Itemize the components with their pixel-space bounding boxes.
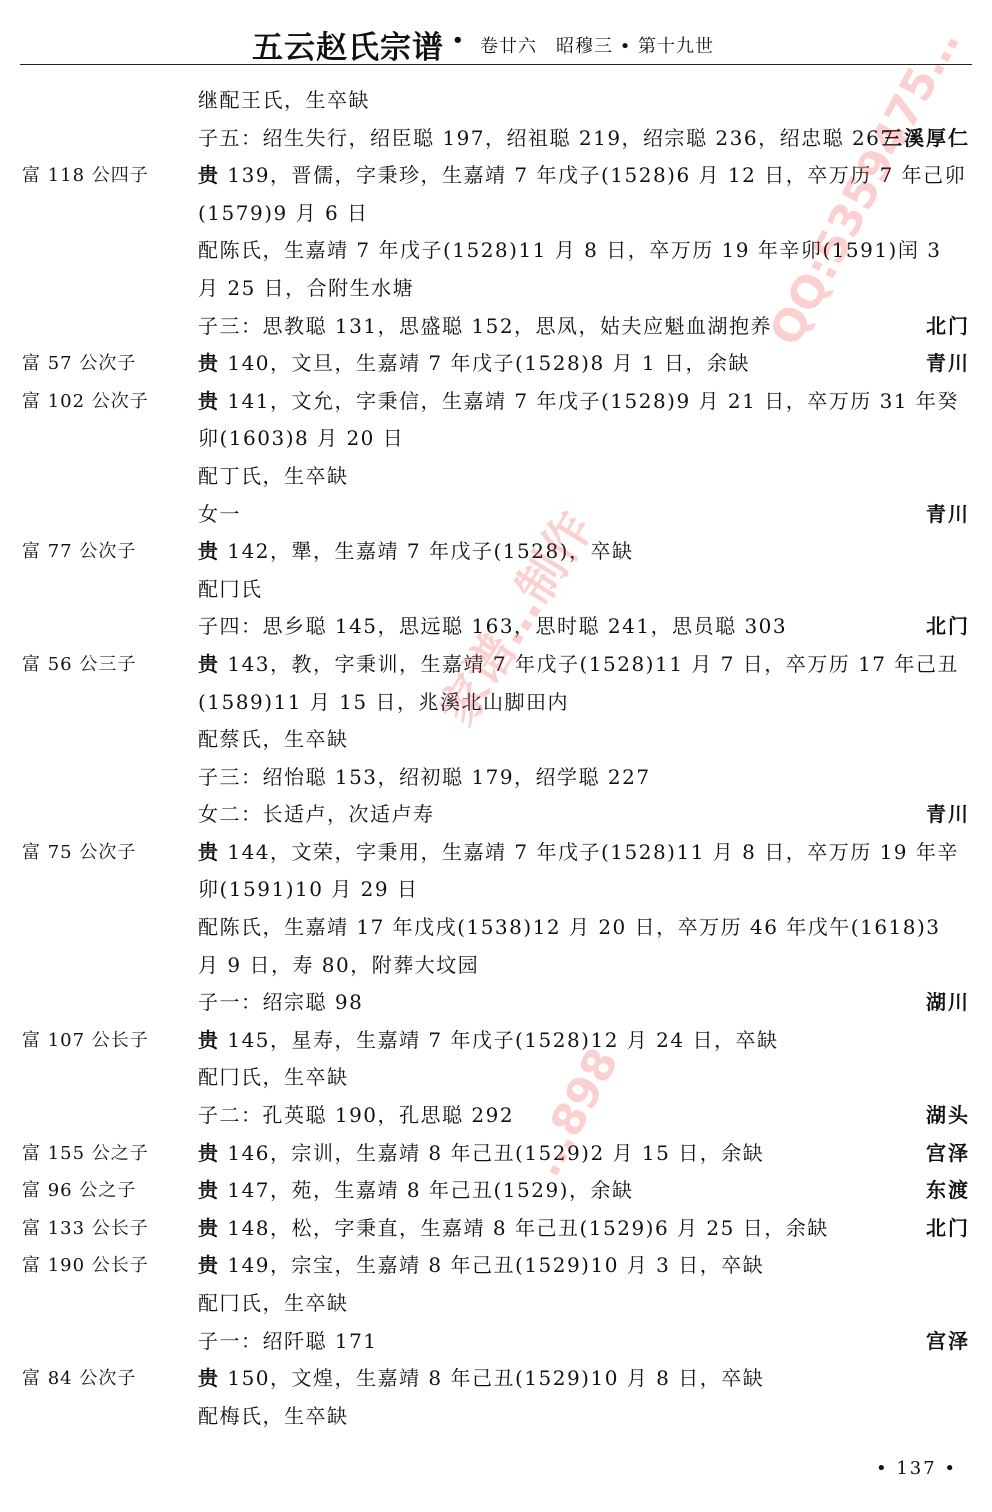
father-reference: 富 190 公长子 bbox=[22, 1247, 149, 1285]
entry-line: 富 77 公次子贵 142，犟，生嘉靖 7 年戊子(1528)，卒缺 bbox=[0, 533, 992, 571]
entry-line: 配陈氏，生嘉靖 17 年戊戌(1538)12 月 20 日，卒万历 46 年戊午… bbox=[0, 909, 992, 947]
location-label: 北门 bbox=[926, 1210, 970, 1248]
entry-body: 女一 bbox=[198, 502, 241, 526]
entry-line: (1579)9 月 6 日 bbox=[0, 195, 992, 233]
entry-line: 配冂氏，生卒缺 bbox=[0, 1285, 992, 1323]
father-reference: 富 133 公长子 bbox=[22, 1210, 149, 1248]
entry-text: 配梅氏，生卒缺 bbox=[198, 1398, 349, 1436]
entry-text: 贵 147，苑，生嘉靖 8 年己丑(1529)，余缺 bbox=[198, 1172, 633, 1210]
location-label: 湖头 bbox=[926, 1097, 970, 1135]
entry-text: 贵 145，星寿，生嘉靖 7 年戊子(1528)12 月 24 日，卒缺 bbox=[198, 1022, 778, 1060]
entry-text: 子一：绍宗聪 98 bbox=[198, 984, 363, 1022]
father-reference: 富 155 公之子 bbox=[22, 1135, 149, 1173]
entry-line: 继配王氏，生卒缺 bbox=[0, 82, 992, 120]
entry-body: 子三：思教聪 131，思盛聪 152，思凤，姑夫应魁血湖抱养 bbox=[198, 314, 772, 338]
entry-body: 148，松，字秉直，生嘉靖 8 年己丑(1529)6 月 25 日，余缺 bbox=[220, 1216, 829, 1240]
entry-line: 富 57 公次子贵 140，文旦，生嘉靖 7 年戊子(1528)8 月 1 日，… bbox=[0, 345, 992, 383]
entry-body: 配丁氏，生卒缺 bbox=[198, 464, 349, 488]
generation-character: 贵 bbox=[198, 1253, 220, 1277]
entry-body: 145，星寿，生嘉靖 7 年戊子(1528)12 月 24 日，卒缺 bbox=[220, 1028, 779, 1052]
entry-text: 配蔡氏，生卒缺 bbox=[198, 721, 349, 759]
book-title: 五云赵氏宗谱 bbox=[252, 22, 444, 67]
entry-text: 月 25 日，合附生水塘 bbox=[198, 270, 414, 308]
entry-line: 配冂氏，生卒缺 bbox=[0, 1059, 992, 1097]
entry-text: (1589)11 月 15 日，兆溪北山脚田内 bbox=[198, 684, 569, 722]
entry-body: 月 25 日，合附生水塘 bbox=[198, 276, 414, 300]
entry-line: 富 190 公长子贵 149，宗宝，生嘉靖 8 年己丑(1529)10 月 3 … bbox=[0, 1247, 992, 1285]
entry-line: 子三：绍怡聪 153，绍初聪 179，绍学聪 227 bbox=[0, 759, 992, 797]
entry-line: 子二：孔英聪 190，孔思聪 292湖头 bbox=[0, 1097, 992, 1135]
entry-line: 子三：思教聪 131，思盛聪 152，思凤，姑夫应魁血湖抱养北门 bbox=[0, 308, 992, 346]
entry-body: 141，文允，字秉信，生嘉靖 7 年戊子(1528)9 月 21 日，卒万历 3… bbox=[220, 389, 959, 413]
generation-character: 贵 bbox=[198, 1028, 220, 1052]
entry-line: 配冂氏 bbox=[0, 571, 992, 609]
entry-body: 配冂氏 bbox=[198, 577, 263, 601]
entry-text: 子二：孔英聪 190，孔思聪 292 bbox=[198, 1097, 514, 1135]
entry-line: 子四：思乡聪 145，思远聪 163，思时聪 241，思员聪 303北门 bbox=[0, 608, 992, 646]
header-rule bbox=[20, 64, 972, 65]
entry-body: 子三：绍怡聪 153，绍初聪 179，绍学聪 227 bbox=[198, 765, 651, 789]
entry-body: 子一：绍阡聪 171 bbox=[198, 1329, 378, 1353]
entry-text: 子四：思乡聪 145，思远聪 163，思时聪 241，思员聪 303 bbox=[198, 608, 787, 646]
entry-text: 贵 150，文煌，生嘉靖 8 年己丑(1529)10 月 8 日，卒缺 bbox=[198, 1360, 764, 1398]
entry-line: 富 118 公四子贵 139，晋儒，字秉珍，生嘉靖 7 年戊子(1528)6 月… bbox=[0, 157, 992, 195]
father-reference: 富 77 公次子 bbox=[22, 533, 136, 571]
entry-body: 配陈氏，生嘉靖 17 年戊戌(1538)12 月 20 日，卒万历 46 年戊午… bbox=[198, 915, 941, 939]
entry-line: 富 56 公三子贵 143，教，字秉训，生嘉靖 7 年戊子(1528)11 月 … bbox=[0, 646, 992, 684]
entry-line: 富 75 公次子贵 144，文荣，字秉用，生嘉靖 7 年戊子(1528)11 月… bbox=[0, 834, 992, 872]
entry-text: 贵 149，宗宝，生嘉靖 8 年己丑(1529)10 月 3 日，卒缺 bbox=[198, 1247, 764, 1285]
entry-text: 配冂氏，生卒缺 bbox=[198, 1285, 349, 1323]
entry-text: 月 9 日，寿 80，附葬大坟园 bbox=[198, 947, 479, 985]
entry-line: 卯(1591)10 月 29 日 bbox=[0, 871, 992, 909]
entry-body: 女二：长适卢，次适卢寿 bbox=[198, 802, 435, 826]
entry-line: 富 133 公长子贵 148，松，字秉直，生嘉靖 8 年己丑(1529)6 月 … bbox=[0, 1210, 992, 1248]
entry-text: (1579)9 月 6 日 bbox=[198, 195, 369, 233]
entry-body: 149，宗宝，生嘉靖 8 年己丑(1529)10 月 3 日，卒缺 bbox=[220, 1253, 765, 1277]
entry-body: 继配王氏，生卒缺 bbox=[198, 88, 370, 112]
entry-text: 贵 142，犟，生嘉靖 7 年戊子(1528)，卒缺 bbox=[198, 533, 633, 571]
entry-body: 140，文旦，生嘉靖 7 年戊子(1528)8 月 1 日，余缺 bbox=[220, 351, 751, 375]
generation-character: 贵 bbox=[198, 1366, 220, 1390]
entry-body: 146，宗训，生嘉靖 8 年己丑(1529)2 月 15 日，余缺 bbox=[220, 1141, 765, 1165]
entry-line: 月 9 日，寿 80，附葬大坟园 bbox=[0, 947, 992, 985]
entry-body: (1589)11 月 15 日，兆溪北山脚田内 bbox=[198, 690, 569, 714]
entry-text: 贵 144，文荣，字秉用，生嘉靖 7 年戊子(1528)11 月 8 日，卒万历… bbox=[198, 834, 959, 872]
entry-line: 子一：绍阡聪 171宫泽 bbox=[0, 1323, 992, 1361]
generation-character: 贵 bbox=[198, 1141, 220, 1165]
entry-body: 子一：绍宗聪 98 bbox=[198, 990, 363, 1014]
father-reference: 富 96 公之子 bbox=[22, 1172, 136, 1210]
father-reference: 富 118 公四子 bbox=[22, 157, 149, 195]
entry-line: 月 25 日，合附生水塘 bbox=[0, 270, 992, 308]
location-label: 青川 bbox=[926, 796, 970, 834]
father-reference: 富 107 公长子 bbox=[22, 1022, 149, 1060]
generation-character: 贵 bbox=[198, 1216, 220, 1240]
entry-text: 贵 140，文旦，生嘉靖 7 年戊子(1528)8 月 1 日，余缺 bbox=[198, 345, 750, 383]
entry-text: 配陈氏，生嘉靖 17 年戊戌(1538)12 月 20 日，卒万历 46 年戊午… bbox=[198, 909, 941, 947]
generation-character: 贵 bbox=[198, 652, 220, 676]
location-label: 三溪厚仁 bbox=[882, 120, 970, 158]
entry-text: 配冂氏 bbox=[198, 571, 263, 609]
entry-line: 女一青川 bbox=[0, 496, 992, 534]
generation-character: 贵 bbox=[198, 163, 220, 187]
entry-body: 月 9 日，寿 80，附葬大坟园 bbox=[198, 953, 479, 977]
generation-character: 贵 bbox=[198, 351, 220, 375]
location-label: 北门 bbox=[926, 308, 970, 346]
entry-text: 子三：思教聪 131，思盛聪 152，思凤，姑夫应魁血湖抱养 bbox=[198, 308, 772, 346]
entry-text: 卯(1591)10 月 29 日 bbox=[198, 871, 418, 909]
entry-text: 贵 148，松，字秉直，生嘉靖 8 年己丑(1529)6 月 25 日，余缺 bbox=[198, 1210, 829, 1248]
entry-body: 子五：绍生失行，绍臣聪 197，绍祖聪 219，绍宗聪 236，绍忠聪 267 bbox=[198, 126, 895, 150]
generation-character: 贵 bbox=[198, 840, 220, 864]
father-reference: 富 75 公次子 bbox=[22, 834, 136, 872]
entry-line: (1589)11 月 15 日，兆溪北山脚田内 bbox=[0, 684, 992, 722]
entry-text: 女一 bbox=[198, 496, 241, 534]
entry-line: 富 107 公长子贵 145，星寿，生嘉靖 7 年戊子(1528)12 月 24… bbox=[0, 1022, 992, 1060]
entry-text: 配丁氏，生卒缺 bbox=[198, 458, 349, 496]
father-reference: 富 57 公次子 bbox=[22, 345, 136, 383]
entry-text: 继配王氏，生卒缺 bbox=[198, 82, 370, 120]
location-label: 北门 bbox=[926, 608, 970, 646]
page-number: • 137 • bbox=[876, 1458, 957, 1479]
genealogy-entries: 继配王氏，生卒缺子五：绍生失行，绍臣聪 197，绍祖聪 219，绍宗聪 236，… bbox=[0, 82, 992, 1435]
location-label: 青川 bbox=[926, 345, 970, 383]
entry-body: 卯(1603)8 月 20 日 bbox=[198, 426, 404, 450]
entry-text: 配陈氏，生嘉靖 7 年戊子(1528)11 月 8 日，卒万历 19 年辛卯(1… bbox=[198, 232, 941, 270]
entry-body: 卯(1591)10 月 29 日 bbox=[198, 877, 418, 901]
location-label: 湖川 bbox=[926, 984, 970, 1022]
entry-line: 富 102 公次子贵 141，文允，字秉信，生嘉靖 7 年戊子(1528)9 月… bbox=[0, 383, 992, 421]
generation-character: 贵 bbox=[198, 389, 220, 413]
location-label: 青川 bbox=[926, 496, 970, 534]
entry-text: 贵 141，文允，字秉信，生嘉靖 7 年戊子(1528)9 月 21 日，卒万历… bbox=[198, 383, 959, 421]
father-reference: 富 102 公次子 bbox=[22, 383, 149, 421]
entry-line: 富 96 公之子贵 147，苑，生嘉靖 8 年己丑(1529)，余缺东渡 bbox=[0, 1172, 992, 1210]
entry-body: 配梅氏，生卒缺 bbox=[198, 1404, 349, 1428]
entry-text: 贵 146，宗训，生嘉靖 8 年己丑(1529)2 月 15 日，余缺 bbox=[198, 1135, 764, 1173]
entry-body: 142，犟，生嘉靖 7 年戊子(1528)，卒缺 bbox=[220, 539, 634, 563]
entry-line: 配蔡氏，生卒缺 bbox=[0, 721, 992, 759]
location-label: 东渡 bbox=[926, 1172, 970, 1210]
entry-body: 143，教，字秉训，生嘉靖 7 年戊子(1528)11 月 7 日，卒万历 17… bbox=[220, 652, 959, 676]
entry-body: 子四：思乡聪 145，思远聪 163，思时聪 241，思员聪 303 bbox=[198, 614, 787, 638]
entry-body: 配冂氏，生卒缺 bbox=[198, 1065, 349, 1089]
entry-line: 富 155 公之子贵 146，宗训，生嘉靖 8 年己丑(1529)2 月 15 … bbox=[0, 1135, 992, 1173]
entry-line: 富 84 公次子贵 150，文煌，生嘉靖 8 年己丑(1529)10 月 8 日… bbox=[0, 1360, 992, 1398]
entry-body: 配陈氏，生嘉靖 7 年戊子(1528)11 月 8 日，卒万历 19 年辛卯(1… bbox=[198, 238, 941, 262]
entry-text: 女二：长适卢，次适卢寿 bbox=[198, 796, 435, 834]
entry-body: 144，文荣，字秉用，生嘉靖 7 年戊子(1528)11 月 8 日，卒万历 1… bbox=[220, 840, 959, 864]
page-header: 五云赵氏宗谱 • 卷廿六 昭穆三 • 第十九世 bbox=[0, 22, 992, 66]
father-reference: 富 84 公次子 bbox=[22, 1360, 136, 1398]
entry-body: 147，苑，生嘉靖 8 年己丑(1529)，余缺 bbox=[220, 1178, 634, 1202]
volume-subtitle: 卷廿六 昭穆三 • 第十九世 bbox=[480, 32, 714, 58]
entry-line: 子一：绍宗聪 98湖川 bbox=[0, 984, 992, 1022]
title-separator: • bbox=[452, 30, 464, 51]
entry-line: 子五：绍生失行，绍臣聪 197，绍祖聪 219，绍宗聪 236，绍忠聪 267三… bbox=[0, 120, 992, 158]
entry-line: 配陈氏，生嘉靖 7 年戊子(1528)11 月 8 日，卒万历 19 年辛卯(1… bbox=[0, 232, 992, 270]
entry-line: 卯(1603)8 月 20 日 bbox=[0, 420, 992, 458]
entry-text: 配冂氏，生卒缺 bbox=[198, 1059, 349, 1097]
entry-text: 子五：绍生失行，绍臣聪 197，绍祖聪 219，绍宗聪 236，绍忠聪 267 bbox=[198, 120, 895, 158]
entry-body: 150，文煌，生嘉靖 8 年己丑(1529)10 月 8 日，卒缺 bbox=[220, 1366, 765, 1390]
entry-text: 子三：绍怡聪 153，绍初聪 179，绍学聪 227 bbox=[198, 759, 651, 797]
generation-character: 贵 bbox=[198, 539, 220, 563]
entry-body: (1579)9 月 6 日 bbox=[198, 201, 369, 225]
entry-text: 贵 143，教，字秉训，生嘉靖 7 年戊子(1528)11 月 7 日，卒万历 … bbox=[198, 646, 959, 684]
entry-body: 配蔡氏，生卒缺 bbox=[198, 727, 349, 751]
generation-character: 贵 bbox=[198, 1178, 220, 1202]
entry-text: 卯(1603)8 月 20 日 bbox=[198, 420, 404, 458]
entry-line: 配梅氏，生卒缺 bbox=[0, 1398, 992, 1436]
entry-text: 子一：绍阡聪 171 bbox=[198, 1323, 378, 1361]
entry-line: 配丁氏，生卒缺 bbox=[0, 458, 992, 496]
entry-line: 女二：长适卢，次适卢寿青川 bbox=[0, 796, 992, 834]
father-reference: 富 56 公三子 bbox=[22, 646, 136, 684]
entry-body: 139，晋儒，字秉珍，生嘉靖 7 年戊子(1528)6 月 12 日，卒万历 7… bbox=[220, 163, 967, 187]
entry-body: 配冂氏，生卒缺 bbox=[198, 1291, 349, 1315]
entry-text: 贵 139，晋儒，字秉珍，生嘉靖 7 年戊子(1528)6 月 12 日，卒万历… bbox=[198, 157, 966, 195]
location-label: 宫泽 bbox=[926, 1135, 970, 1173]
location-label: 宫泽 bbox=[926, 1323, 970, 1361]
entry-body: 子二：孔英聪 190，孔思聪 292 bbox=[198, 1103, 514, 1127]
